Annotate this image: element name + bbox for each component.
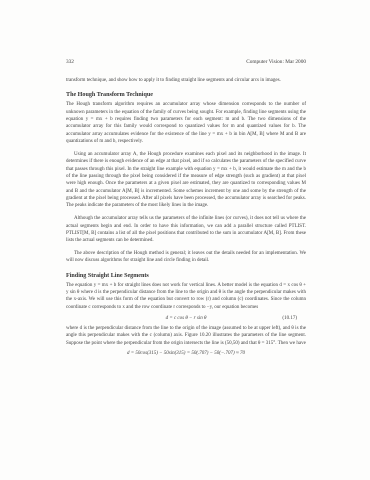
paragraph-hough-procedure: Using an accumulator array A, the Hough …	[66, 151, 306, 210]
paragraph-intro-continuation: transform technique, and show how to app…	[66, 77, 306, 84]
paragraph-hough-accumulator: The Hough transform algorithm requires a…	[66, 101, 306, 145]
section-heading-finding-straight-line-segments: Finding Straight Line Segments	[66, 273, 306, 281]
equation-example: d = 50cos(315) − 50sin(315) = 50(.707) −…	[127, 351, 245, 356]
running-title: Computer Vision: Mar 2000	[246, 59, 306, 66]
paragraph-hough-general-note: The above description of the Hough metho…	[66, 250, 306, 265]
equation-10-17-row: d = c cos θ − r sin θ (10.17)	[66, 315, 306, 322]
paragraph-line-parameters: where d is the perpendicular distance fr…	[66, 325, 306, 347]
paragraph-line-model: The equation y = mx + b for straight lin…	[66, 282, 306, 311]
paragraph-hough-ptlist: Although the accumulator array tells us …	[66, 215, 306, 244]
section-heading-hough-transform-technique: The Hough Transform Technique	[66, 92, 306, 100]
equation-10-17: d = c cos θ − r sin θ	[166, 316, 207, 321]
text-column: 332 Computer Vision: Mar 2000 transform …	[66, 59, 306, 361]
equation-example-row: d = 50cos(315) − 50sin(315) = 50(.707) −…	[66, 350, 306, 357]
equation-10-17-number: (10.17)	[282, 315, 297, 322]
page-number: 332	[66, 59, 74, 66]
running-header: 332 Computer Vision: Mar 2000	[66, 59, 306, 66]
book-page: 332 Computer Vision: Mar 2000 transform …	[0, 0, 370, 480]
